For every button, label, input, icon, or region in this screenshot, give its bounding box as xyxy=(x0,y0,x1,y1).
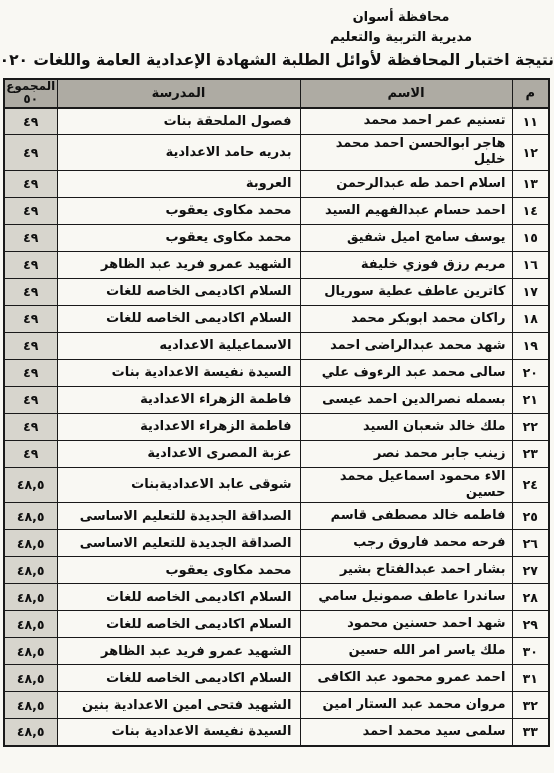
school-cell: الصداقة الجديدة للتعليم الاساسى xyxy=(57,503,300,530)
total-score-cell: ٤٩ xyxy=(4,197,57,224)
school-cell: السلام اكاديمى الخاصه للغات xyxy=(57,611,300,638)
header-total-max: ٥٠ xyxy=(5,93,57,106)
student-name-cell: كاترين عاطف عطية سوريال xyxy=(300,278,512,305)
school-cell: شوقى عابد الاعداديةبنات xyxy=(57,467,300,503)
total-score-cell: ٤٨,٥ xyxy=(4,719,57,746)
student-name-cell: ملك خالد شعبان السيد xyxy=(300,413,512,440)
school-cell: الشهيد عمرو فريد عبد الظاهر xyxy=(57,251,300,278)
table-row: ٢٦ فرحه محمد فاروق رجب الصداقة الجديدة ل… xyxy=(4,530,549,557)
table-row: ٣١ احمد عمرو محمود عبد الكافى السلام اكا… xyxy=(4,665,549,692)
school-cell: فصول الملحقة بنات xyxy=(57,108,300,135)
table-row: ١٩ شهد محمد عبدالراضى احمد الاسماعيلية ا… xyxy=(4,332,549,359)
table-row: ٣٠ ملك ياسر امر الله حسين الشهيد عمرو فر… xyxy=(4,638,549,665)
table-row: ١٨ راكان محمد ابوبكر محمد السلام اكاديمى… xyxy=(4,305,549,332)
row-number-cell: ١٦ xyxy=(512,251,549,278)
governorate-title: محافظة أسوان xyxy=(306,8,496,28)
table-row: ٢١ بسمله نصرالدين احمد عيسى فاطمة الزهرا… xyxy=(4,386,549,413)
table-row: ٣٣ سلمى سيد محمد احمد السيدة نفيسة الاعد… xyxy=(4,719,549,746)
row-number-cell: ٢٠ xyxy=(512,359,549,386)
header-total-cell: المجموع ٥٠ xyxy=(4,79,57,107)
total-score-cell: ٤٨,٥ xyxy=(4,692,57,719)
school-cell: السيدة نفيسة الاعدادية بنات xyxy=(57,719,300,746)
student-name-cell: سالى محمد عبد الرءوف علي xyxy=(300,359,512,386)
row-number-cell: ٢٥ xyxy=(512,503,549,530)
student-name-cell: يوسف سامح اميل شفيق xyxy=(300,224,512,251)
table-row: ١٣ اسلام احمد طه عبدالرحمن العروبة ٤٩ xyxy=(4,170,549,197)
school-cell: السلام اكاديمى الخاصه للغات xyxy=(57,584,300,611)
total-score-cell: ٤٨,٥ xyxy=(4,584,57,611)
total-score-cell: ٤٩ xyxy=(4,135,57,171)
school-cell: عزبة المصرى الاعدادية xyxy=(57,440,300,467)
school-cell: الشهيد فتحى امين الاعدادية بنين xyxy=(57,692,300,719)
row-number-cell: ٢١ xyxy=(512,386,549,413)
student-name-cell: فاطمه خالد مصطفى قاسم xyxy=(300,503,512,530)
student-name-cell: بشار احمد عبدالفتاح بشير xyxy=(300,557,512,584)
total-score-cell: ٤٩ xyxy=(4,359,57,386)
row-number-cell: ١٣ xyxy=(512,170,549,197)
school-cell: محمد مكاوى يعقوب xyxy=(57,224,300,251)
row-number-cell: ٣٠ xyxy=(512,638,549,665)
student-name-cell: مروان محمد عبد الستار امين xyxy=(300,692,512,719)
header-name-cell: الاسم xyxy=(300,79,512,107)
table-row: ١١ تسنيم عمر احمد محمد فصول الملحقة بنات… xyxy=(4,108,549,135)
results-table-body: ١١ تسنيم عمر احمد محمد فصول الملحقة بنات… xyxy=(4,108,549,746)
total-score-cell: ٤٨,٥ xyxy=(4,530,57,557)
school-cell: محمد مكاوى يعقوب xyxy=(57,197,300,224)
total-score-cell: ٤٩ xyxy=(4,440,57,467)
row-number-cell: ٢٢ xyxy=(512,413,549,440)
org-block: محافظة أسوان مديرية التربية والتعليم xyxy=(306,8,496,48)
student-name-cell: راكان محمد ابوبكر محمد xyxy=(300,305,512,332)
school-cell: الصداقة الجديدة للتعليم الاساسى xyxy=(57,530,300,557)
row-number-cell: ٢٩ xyxy=(512,611,549,638)
total-score-cell: ٤٩ xyxy=(4,332,57,359)
row-number-cell: ٢٤ xyxy=(512,467,549,503)
scanned-result-sheet: محافظة أسوان مديرية التربية والتعليم نتي… xyxy=(0,0,554,773)
total-score-cell: ٤٨,٥ xyxy=(4,638,57,665)
header-school-cell: المدرسة xyxy=(57,79,300,107)
student-name-cell: ساندرا عاطف صمونيل سامي xyxy=(300,584,512,611)
results-table: م الاسم المدرسة المجموع ٥٠ ١١ تسنيم عمر … xyxy=(3,78,550,746)
table-row: ٢٤ الاء محمود اسماعيل محمد حسين شوقى عاب… xyxy=(4,467,549,503)
student-name-cell: سلمى سيد محمد احمد xyxy=(300,719,512,746)
school-cell: الشهيد عمرو فريد عبد الظاهر xyxy=(57,638,300,665)
table-header-row: م الاسم المدرسة المجموع ٥٠ xyxy=(4,79,549,107)
page-title: نتيجة اختبار المحافظة لأوائل الطلبة الشه… xyxy=(0,51,554,69)
school-cell: السلام اكاديمى الخاصه للغات xyxy=(57,278,300,305)
student-name-cell: شهد احمد حسنين محمود xyxy=(300,611,512,638)
student-name-cell: الاء محمود اسماعيل محمد حسين xyxy=(300,467,512,503)
student-name-cell: ملك ياسر امر الله حسين xyxy=(300,638,512,665)
school-cell: بدريه حامد الاعدادية xyxy=(57,135,300,171)
student-name-cell: فرحه محمد فاروق رجب xyxy=(300,530,512,557)
table-row: ١٥ يوسف سامح اميل شفيق محمد مكاوى يعقوب … xyxy=(4,224,549,251)
table-row: ١٧ كاترين عاطف عطية سوريال السلام اكاديم… xyxy=(4,278,549,305)
total-score-cell: ٤٨,٥ xyxy=(4,611,57,638)
total-score-cell: ٤٨,٥ xyxy=(4,467,57,503)
school-cell: فاطمة الزهراء الاعدادية xyxy=(57,386,300,413)
school-cell: محمد مكاوى يعقوب xyxy=(57,557,300,584)
row-number-cell: ١٢ xyxy=(512,135,549,171)
student-name-cell: احمد عمرو محمود عبد الكافى xyxy=(300,665,512,692)
table-row: ٢٨ ساندرا عاطف صمونيل سامي السلام اكاديم… xyxy=(4,584,549,611)
total-score-cell: ٤٨,٥ xyxy=(4,503,57,530)
total-score-cell: ٤٨,٥ xyxy=(4,665,57,692)
row-number-cell: ٢٣ xyxy=(512,440,549,467)
school-cell: الاسماعيلية الاعداديه xyxy=(57,332,300,359)
directorate-title: مديرية التربية والتعليم xyxy=(306,28,496,48)
total-score-cell: ٤٩ xyxy=(4,413,57,440)
row-number-cell: ٢٨ xyxy=(512,584,549,611)
student-name-cell: مريم رزق فوزي خليفة xyxy=(300,251,512,278)
school-cell: السلام اكاديمى الخاصه للغات xyxy=(57,665,300,692)
student-name-cell: شهد محمد عبدالراضى احمد xyxy=(300,332,512,359)
table-row: ٢٢ ملك خالد شعبان السيد فاطمة الزهراء ال… xyxy=(4,413,549,440)
student-name-cell: اسلام احمد طه عبدالرحمن xyxy=(300,170,512,197)
table-row: ١٢ هاجر ابوالحسن احمد محمد خليل بدريه حا… xyxy=(4,135,549,171)
table-row: ٢٩ شهد احمد حسنين محمود السلام اكاديمى ا… xyxy=(4,611,549,638)
row-number-cell: ٢٧ xyxy=(512,557,549,584)
table-row: ٢٥ فاطمه خالد مصطفى قاسم الصداقة الجديدة… xyxy=(4,503,549,530)
total-score-cell: ٤٩ xyxy=(4,251,57,278)
row-number-cell: ١١ xyxy=(512,108,549,135)
total-score-cell: ٤٩ xyxy=(4,108,57,135)
school-cell: السلام اكاديمى الخاصه للغات xyxy=(57,305,300,332)
total-score-cell: ٤٩ xyxy=(4,305,57,332)
total-score-cell: ٤٩ xyxy=(4,386,57,413)
row-number-cell: ٣٣ xyxy=(512,719,549,746)
total-score-cell: ٤٨,٥ xyxy=(4,557,57,584)
table-row: ٢٧ بشار احمد عبدالفتاح بشير محمد مكاوى ي… xyxy=(4,557,549,584)
total-score-cell: ٤٩ xyxy=(4,224,57,251)
student-name-cell: تسنيم عمر احمد محمد xyxy=(300,108,512,135)
row-number-cell: ١٥ xyxy=(512,224,549,251)
row-number-cell: ٣٢ xyxy=(512,692,549,719)
student-name-cell: احمد حسام عبدالفهيم السيد xyxy=(300,197,512,224)
table-row: ١٦ مريم رزق فوزي خليفة الشهيد عمرو فريد … xyxy=(4,251,549,278)
table-row: ٢٣ زينب جابر محمد نصر عزبة المصرى الاعدا… xyxy=(4,440,549,467)
table-row: ٣٢ مروان محمد عبد الستار امين الشهيد فتح… xyxy=(4,692,549,719)
student-name-cell: زينب جابر محمد نصر xyxy=(300,440,512,467)
row-number-cell: ٢٦ xyxy=(512,530,549,557)
school-cell: السيدة نفيسة الاعدادية بنات xyxy=(57,359,300,386)
school-cell: فاطمة الزهراء الاعدادية xyxy=(57,413,300,440)
school-cell: العروبة xyxy=(57,170,300,197)
row-number-cell: ١٩ xyxy=(512,332,549,359)
table-row: ١٤ احمد حسام عبدالفهيم السيد محمد مكاوى … xyxy=(4,197,549,224)
row-number-cell: ١٤ xyxy=(512,197,549,224)
row-number-cell: ٣١ xyxy=(512,665,549,692)
student-name-cell: هاجر ابوالحسن احمد محمد خليل xyxy=(300,135,512,171)
student-name-cell: بسمله نصرالدين احمد عيسى xyxy=(300,386,512,413)
table-row: ٢٠ سالى محمد عبد الرءوف علي السيدة نفيسة… xyxy=(4,359,549,386)
row-number-cell: ١٧ xyxy=(512,278,549,305)
row-number-cell: ١٨ xyxy=(512,305,549,332)
total-score-cell: ٤٩ xyxy=(4,278,57,305)
header-index-cell: م xyxy=(512,79,549,107)
total-score-cell: ٤٩ xyxy=(4,170,57,197)
